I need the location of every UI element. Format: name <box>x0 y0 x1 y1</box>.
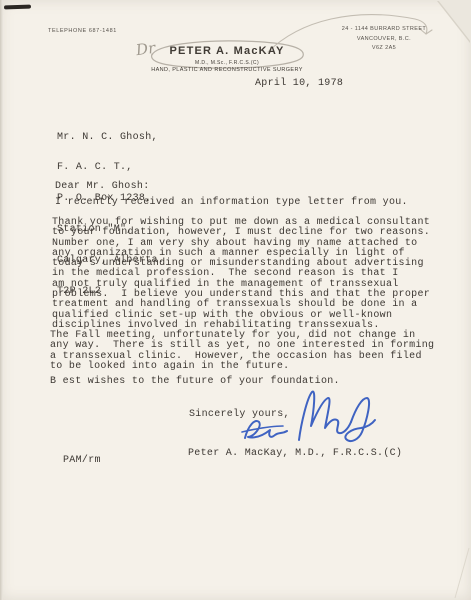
recipient-line: F. A. C. T., <box>57 163 164 173</box>
letterhead-name-block: PETER A. MacKAY M.D., M.Sc., F.R.C.S.(C)… <box>132 45 322 73</box>
signature-ink <box>215 386 380 452</box>
paper-bottom-right-edge <box>455 548 469 598</box>
doctor-name: PETER A. MacKAY <box>132 45 322 57</box>
body-paragraph-3: The Fall meeting, unfortunately for you,… <box>50 331 434 372</box>
body-paragraph-2: Thank you for wishing to put me down as … <box>52 218 430 331</box>
letter-page: TELEPHONE 687-1481 24 - 1144 BURRARD STR… <box>0 0 471 600</box>
signature-flourish <box>345 398 375 441</box>
letterhead-telephone: TELEPHONE 687-1481 <box>48 28 117 34</box>
doctor-credentials: M.D., M.Sc., F.R.C.S.(C) <box>132 60 322 66</box>
letterhead-address: 24 - 1144 BURRARD STREET VANCOUVER, B.C.… <box>318 25 450 54</box>
signature-last-name <box>299 392 351 440</box>
reference-initials: PAM/rm <box>63 456 101 466</box>
letterhead-address-line: VANCOUVER, B.C. <box>318 35 450 45</box>
letterhead-address-line: 24 - 1144 BURRARD STREET <box>318 25 450 35</box>
letter-date: April 10, 1978 <box>255 79 343 89</box>
letterhead-address-line: V6Z 2A5 <box>318 44 450 54</box>
salutation: Dear Mr. Ghosh: <box>55 182 150 192</box>
body-paragraph-1: I recently received an information type … <box>55 198 408 208</box>
recipient-line: Mr. N. C. Ghosh, <box>57 133 164 143</box>
doctor-specialty: HAND, PLASTIC AND RECONSTRUCTIVE SURGERY <box>132 67 322 73</box>
